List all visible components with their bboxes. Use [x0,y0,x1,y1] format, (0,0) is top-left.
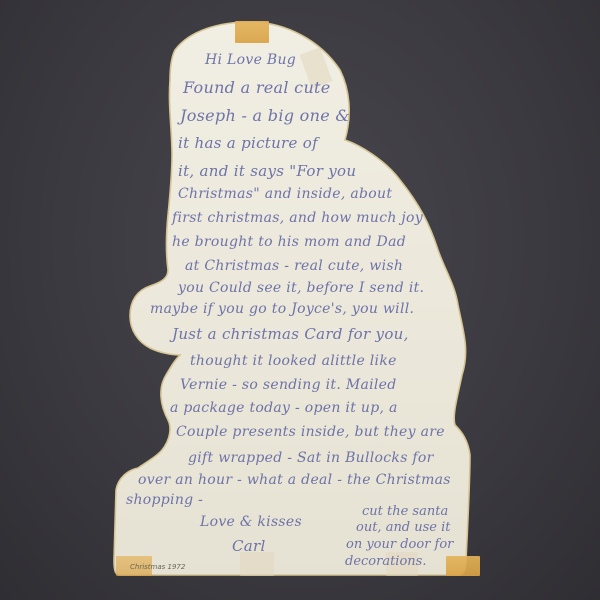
side-note-line: decorations. [345,554,426,569]
letter-line: it has a picture of [178,134,318,152]
letter-line: first christmas, and how much joy [172,210,423,226]
letter-line: over an hour - what a deal - the Christm… [138,472,451,488]
letter-line: gift wrapped - Sat in Bullocks for [188,450,434,466]
letter-line: Couple presents inside, but they are [176,424,445,440]
top-tape-strip [235,21,269,43]
pencil-date-annotation: Christmas 1972 [130,563,185,571]
letter-line: you Could see it, before I send it. [178,280,424,296]
letter-closing: Love & kisses [200,514,302,530]
santa-cutout-card: Hi Love Bug Found a real cute Joseph - a… [0,0,600,600]
letter-line: shopping - [126,492,203,508]
letter-line: thought it looked alittle like [190,353,397,369]
letter-line: Just a christmas Card for you, [172,325,409,343]
letter-greeting: Hi Love Bug [205,52,296,68]
side-note-line: cut the santa [362,504,448,519]
letter-line: Found a real cute [183,78,331,97]
letter-line: it, and it says "For you [178,162,356,180]
letter-line: he brought to his mom and Dad [172,234,406,250]
letter-line: Joseph - a big one & [180,106,350,125]
side-note-line: out, and use it [356,520,451,535]
letter-line: Vernie - so sending it. Mailed [180,377,397,393]
letter-line: maybe if you go to Joyce's, you will. [150,301,414,317]
letter-line: a package today - open it up, a [170,400,398,416]
bottom-middle-clear-tape-left [240,552,274,576]
letter-line: Christmas" and inside, about [178,186,392,202]
side-note-line: on your door for [346,537,453,552]
letter-line: at Christmas - real cute, wish [185,258,403,274]
letter-signature: Carl [232,537,266,555]
bottom-right-tape-strip [446,556,480,576]
